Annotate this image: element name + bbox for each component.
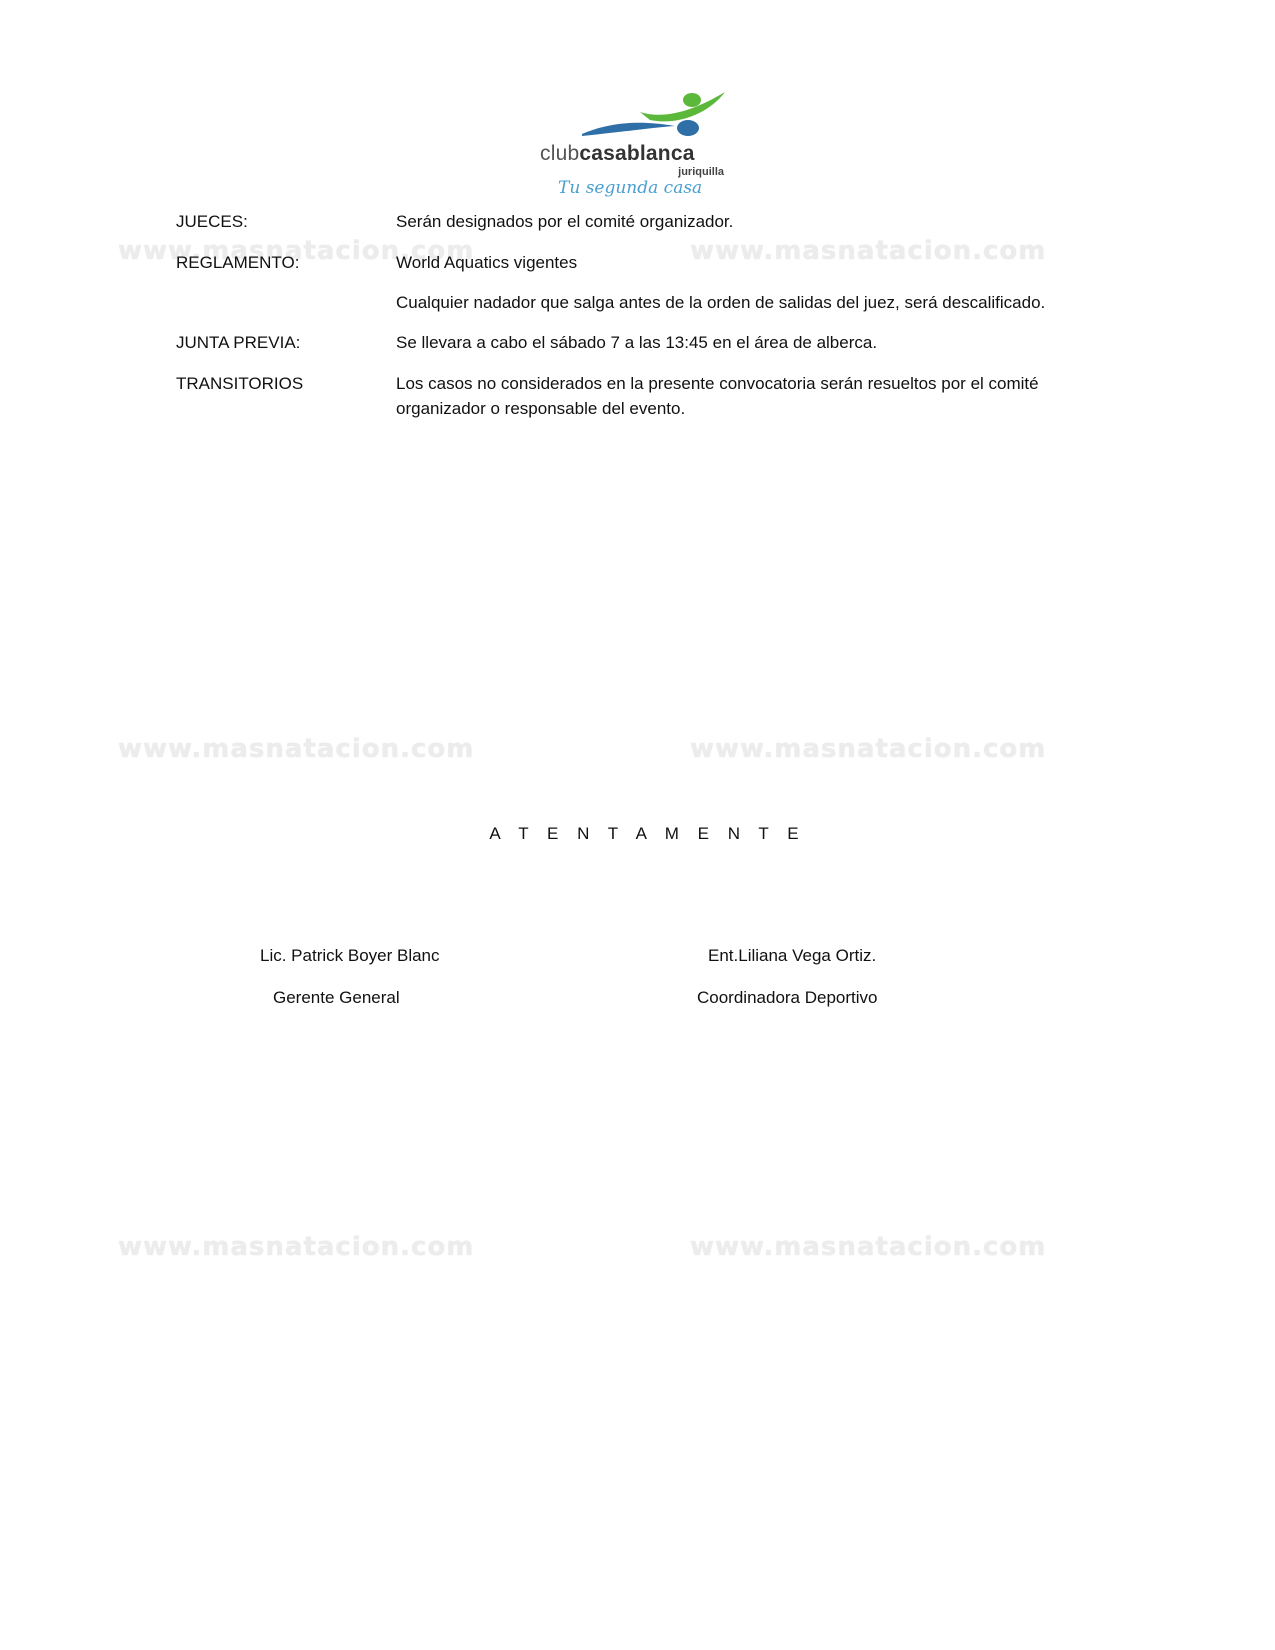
section-label-reglamento: REGLAMENTO:	[176, 253, 299, 273]
section-value-transitorios: Los casos no considerados en la presente…	[396, 371, 1116, 421]
watermark: www.masnatacion.com	[118, 734, 474, 764]
section-value-junta-previa: Se llevara a cabo el sábado 7 a las 13:4…	[396, 330, 1116, 355]
section-value-reglamento: World Aquatics vigentes	[396, 250, 1116, 275]
section-value-reglamento-note: Cualquier nadador que salga antes de la …	[396, 290, 1116, 315]
signature-name-2: Ent.Liliana Vega Ortiz.	[708, 946, 876, 966]
watermark: www.masnatacion.com	[690, 1232, 1046, 1262]
signature-name-1: Lic. Patrick Boyer Blanc	[260, 946, 440, 966]
closing-salutation: A T E N T A M E N T E	[0, 824, 1275, 844]
watermark: www.masnatacion.com	[690, 734, 1046, 764]
logo-wordmark: clubcasablanca	[540, 142, 695, 166]
swimmer-logo-icon	[580, 90, 730, 142]
section-label-transitorios: TRANSITORIOS	[176, 374, 303, 394]
logo-tagline: Tu segunda casa	[558, 178, 702, 198]
signature-title-1: Gerente General	[273, 988, 400, 1008]
club-logo: clubcasablanca juriquilla Tu segunda cas…	[540, 90, 730, 200]
section-label-junta-previa: JUNTA PREVIA:	[176, 333, 300, 353]
section-label-jueces: JUECES:	[176, 212, 248, 232]
logo-subtitle: juriquilla	[678, 166, 724, 178]
document-page: www.masnatacion.com www.masnatacion.com …	[0, 0, 1275, 1650]
section-value-jueces: Serán designados por el comité organizad…	[396, 209, 1116, 234]
watermark: www.masnatacion.com	[118, 1232, 474, 1262]
signature-title-2: Coordinadora Deportivo	[697, 988, 878, 1008]
